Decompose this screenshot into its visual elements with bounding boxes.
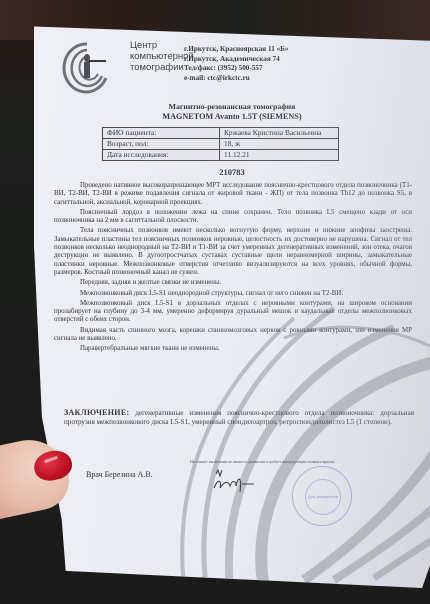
document-page: Центр компьютерной томографии г.Иркутск,… [34, 18, 430, 588]
paragraph: Передняя, задняя и желтые связки не изме… [54, 279, 412, 287]
table-row: Возраст, пол: 18, ж [103, 139, 339, 150]
paragraph: Паравертебральные мягкие ткани не измене… [54, 345, 412, 353]
paragraph: Поясничный лордоз в положении лежа на сп… [54, 209, 412, 226]
clinic-stamp-icon: Для документов [292, 466, 352, 526]
paragraph: Проведено нативное высокоразрешающее МРТ… [54, 182, 412, 207]
clinic-address: г.Иркутск, Красноярская 11 «Б» г.Иркутск… [184, 45, 289, 83]
table-row: ФИО пациента: Кржаева Кристина Васильевн… [103, 128, 339, 139]
report-body: Проведено нативное высокоразрешающее МРТ… [54, 182, 412, 356]
paragraph: Тела поясничных позвонков имеют нескольк… [54, 227, 412, 277]
ctc-logo-icon [62, 38, 112, 96]
scanner-model: MAGNETOM Avanto 1.5T (SIEMENS) [34, 112, 430, 121]
paragraph: Межпозвонковый диск L5-S1 неоднородной с… [54, 290, 412, 298]
table-row: Дата исследования: 11.12.21 [103, 150, 339, 161]
doctor-name: Врач Березина А.В. [86, 470, 153, 479]
patient-info-table: ФИО пациента: Кржаева Кристина Васильевн… [102, 127, 339, 161]
report-number: 210783 [34, 167, 430, 177]
paragraph: Межпозвонковый диск L5-S1 в дорзальных о… [54, 300, 412, 325]
report-title: Магнитно-резонансная томография [34, 102, 430, 111]
signature-icon [210, 466, 258, 494]
disclaimer-footnote: Настоящее заключение не является диагноз… [112, 460, 412, 464]
conclusion-label: ЗАКЛЮЧЕНИЕ: [64, 408, 129, 417]
paragraph: Видимая часть спинного мозга, корешки сп… [54, 327, 412, 344]
conclusion: ЗАКЛЮЧЕНИЕ: дегенеративные изменения поя… [64, 408, 414, 427]
